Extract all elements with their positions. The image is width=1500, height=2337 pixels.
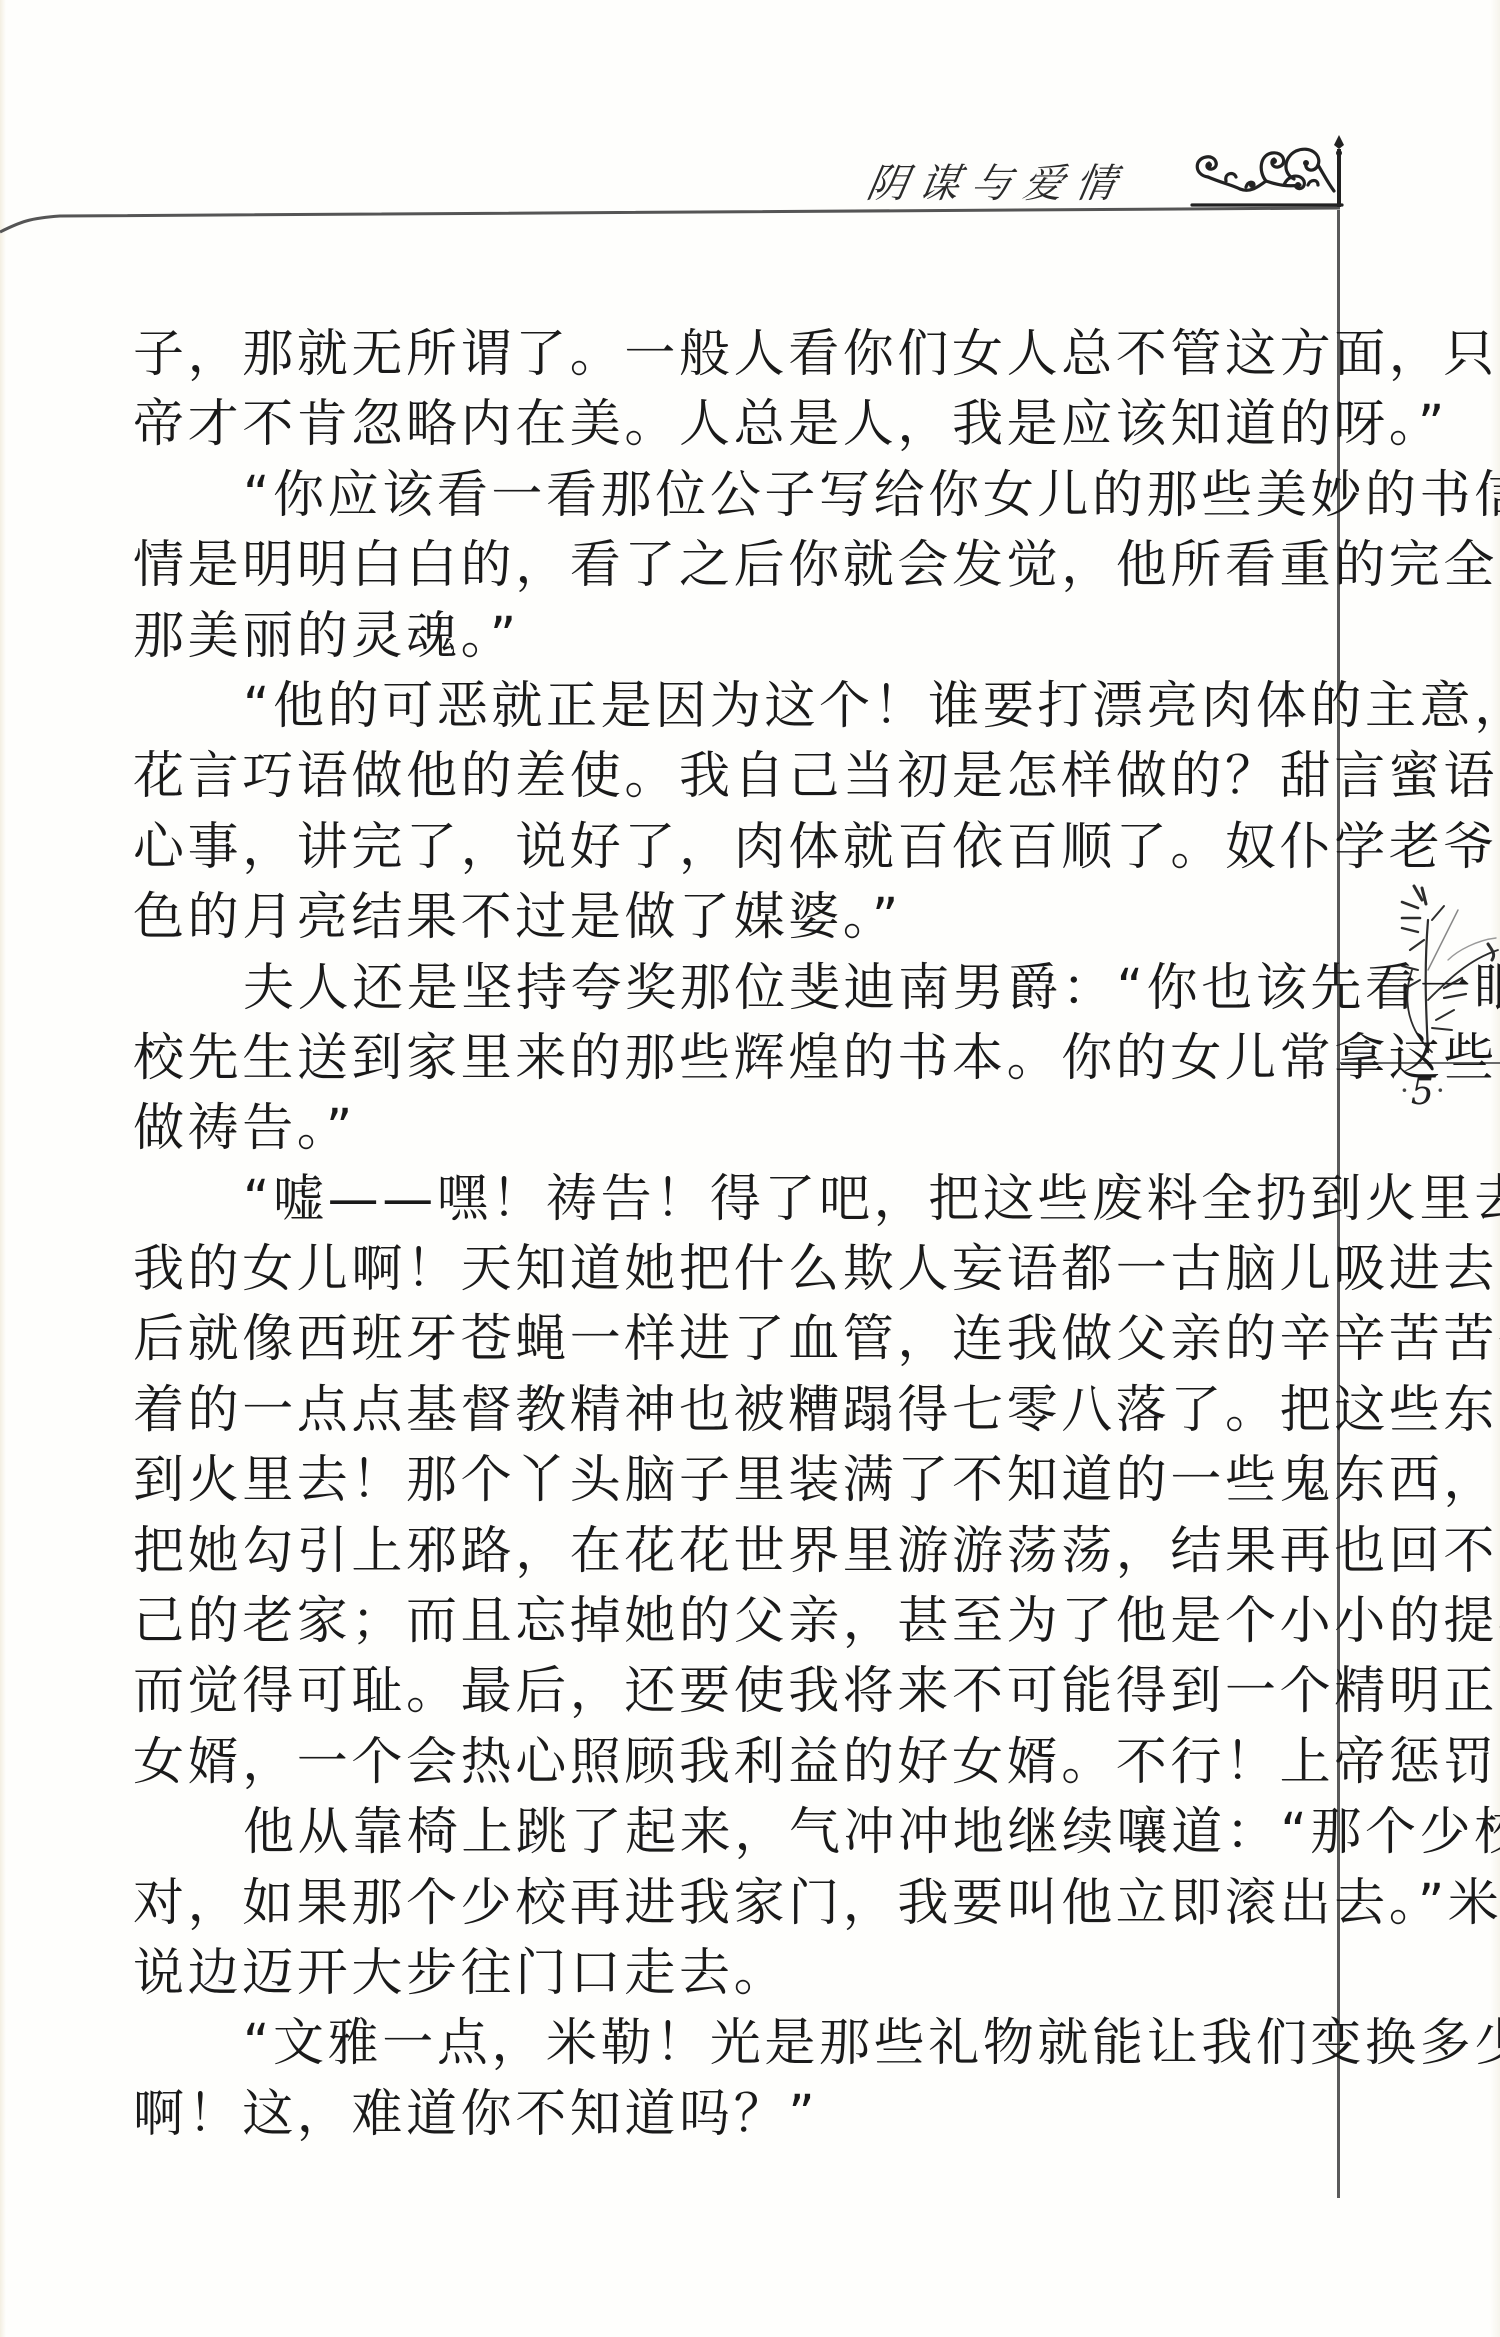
text-line: 啊！这，难道你不知道吗？” <box>133 2080 1278 2150</box>
page-edge-left <box>0 0 6 2337</box>
text-line-paragraph-start: “你应该看一看那位公子写给你女儿的那些美妙的书信。事 <box>133 461 1278 531</box>
text-line: 那美丽的灵魂。” <box>133 602 1278 672</box>
text-line: 对，如果那个少校再进我家门，我要叫他立即滚出去。”米勒边 <box>133 1869 1278 1939</box>
text-line: 说边迈开大步往门口走去。 <box>133 1939 1278 2009</box>
text-line: 色的月亮结果不过是做了媒婆。” <box>133 883 1278 953</box>
text-line-paragraph-start: “文雅一点，米勒！光是那些礼物就能让我们变换多少钱 <box>133 2009 1278 2079</box>
text-line: 做祷告。” <box>133 1094 1278 1164</box>
text-line: 帝才不肯忽略内在美。人总是人，我是应该知道的呀。” <box>133 390 1278 460</box>
text-line: 心事，讲完了，说好了，肉体就百依百顺了。奴仆学老爷，银 <box>133 813 1278 883</box>
text-line: 我的女儿啊！天知道她把什么欺人妄语都一古脑儿吸进去，然 <box>133 1235 1278 1305</box>
text-line: 把她勾引上邪路，在花花世界里游游荡荡，结果再也回不到自 <box>133 1517 1278 1587</box>
text-line-paragraph-start: “嘘——嘿！祷告！得了吧，把这些废料全扔到火里去吧！ <box>133 1165 1278 1235</box>
scroll-ornament-icon <box>1188 135 1348 215</box>
header-rule <box>0 0 1500 260</box>
text-line: 而觉得可耻。最后，还要使我将来不可能得到一个精明正直的 <box>133 1657 1278 1727</box>
text-line: 女婿，一个会热心照顾我利益的好女婿。不行！上帝惩罚我！” <box>133 1728 1278 1798</box>
text-line: 校先生送到家里来的那些辉煌的书本。你的女儿常拿这些书来 <box>133 1024 1278 1094</box>
text-line: 到火里去！那个丫头脑子里装满了不知道的一些鬼东西，它们 <box>133 1446 1278 1516</box>
running-title: 阴谋与爱情 <box>863 152 1133 209</box>
text-line-paragraph-start: 夫人还是坚持夸奖那位斐迪南男爵：“你也该先看一眼少 <box>133 954 1278 1024</box>
text-line: 己的老家；而且忘掉她的父亲，甚至为了他是个小小的提琴师 <box>133 1587 1278 1657</box>
text-line: 情是明明白白的，看了之后你就会发觉，他所看重的完全是她 <box>133 531 1278 601</box>
running-header: 阴谋与爱情 <box>0 0 1500 260</box>
text-line: 着的一点点基督教精神也被糟蹋得七零八落了。把这些东西扔 <box>133 1376 1278 1446</box>
text-line: 后就像西班牙苍蝇一样进了血管，连我做父亲的辛辛苦苦保持 <box>133 1305 1278 1375</box>
text-line: 子，那就无所谓了。一般人看你们女人总不管这方面，只有上 <box>133 320 1278 390</box>
text-line-paragraph-start: “他的可恶就正是因为这个！谁要打漂亮肉体的主意，就让 <box>133 672 1278 742</box>
body-text: 子，那就无所谓了。一般人看你们女人总不管这方面，只有上 帝才不肯忽略内在美。人总… <box>133 320 1278 2150</box>
text-line-paragraph-start: 他从靠椅上跳了起来，气冲冲地继续嚷道：“那个少校， <box>133 1798 1278 1868</box>
text-line: 花言巧语做他的差使。我自己当初是怎样做的？甜言蜜语诉说 <box>133 742 1278 812</box>
